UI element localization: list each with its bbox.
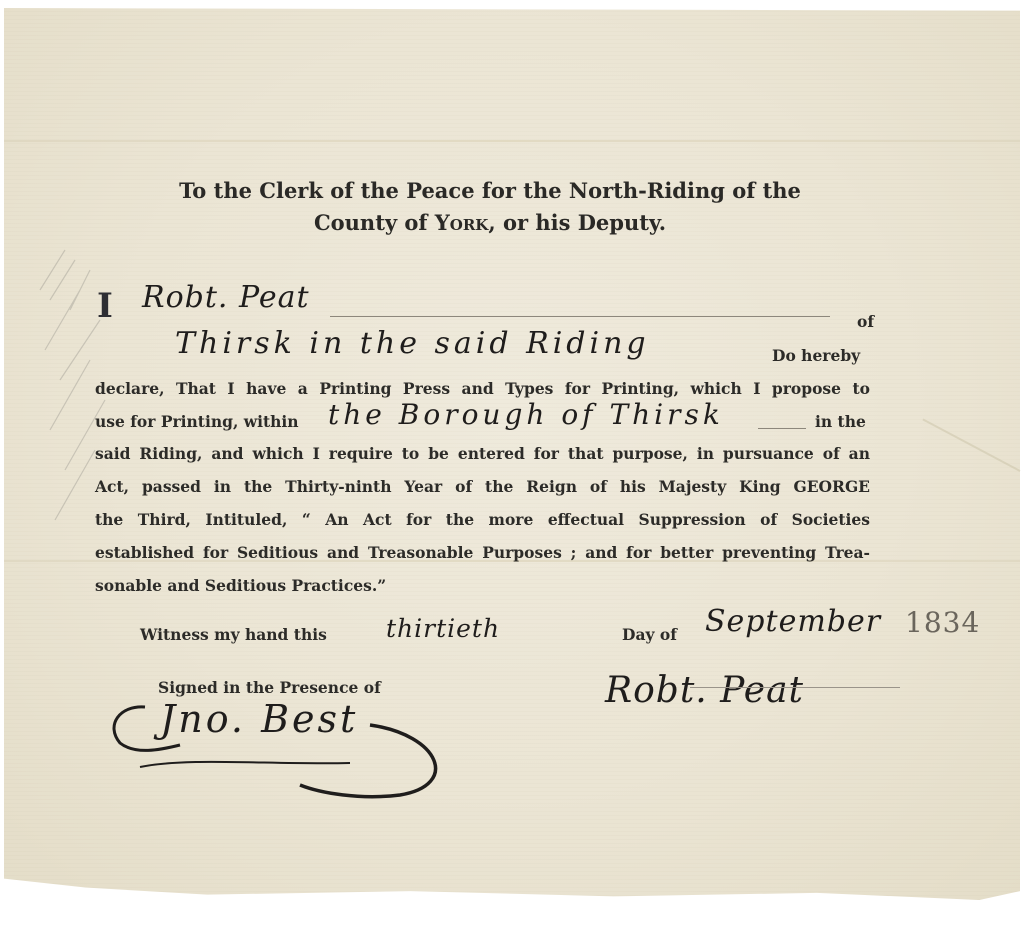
of-label: of [857,312,874,331]
declarant-name-handwritten: Robt. Peat [142,280,310,315]
body-line-4: Act, passed in the Thirty-ninth Year of … [95,477,870,496]
body-line-6: established for Seditious and Treasonabl… [95,543,870,562]
do-hereby-label: Do hereby [772,346,860,365]
printing-location-handwritten: the Borough of Thirsk [328,398,724,431]
paper-fold-line [4,140,1020,142]
heading-county-suffix: , or his Deputy. [488,210,666,235]
body-line-1: declare, That I have a Printing Press an… [95,379,870,398]
day-of-label: Day of [622,625,677,644]
body-line-3: said Riding, and which I require to be e… [95,444,870,463]
name-fill-line [330,316,830,317]
witness-signature-flourish [100,695,460,805]
witness-month-handwritten: September [705,604,881,639]
declarant-signature: Robt. Peat [605,670,804,711]
body-line-5: the Third, Intituled, “ An Act for the m… [95,510,870,529]
body-line-7: sonable and Seditious Practices.” [95,576,386,595]
heading-county-prefix: County of [314,210,435,235]
witness-day-handwritten: thirtieth [386,614,500,643]
heading-county: York [435,210,489,235]
witness-label: Witness my hand this [140,625,327,644]
body-line-2-prefix: use for Printing, within [95,412,299,431]
body-line-2-suffix: in the [815,412,866,431]
declarant-place-handwritten: Thirsk in the said Riding [175,326,650,361]
form-heading-line-2: County of York, or his Deputy. [100,207,880,239]
signature-line [690,687,900,688]
form-heading-line-1: To the Clerk of the Peace for the North-… [100,175,880,207]
witness-year-handwritten: 1834 [905,606,980,639]
declarant-prefix: I [97,286,113,326]
location-fill-line [758,428,806,429]
